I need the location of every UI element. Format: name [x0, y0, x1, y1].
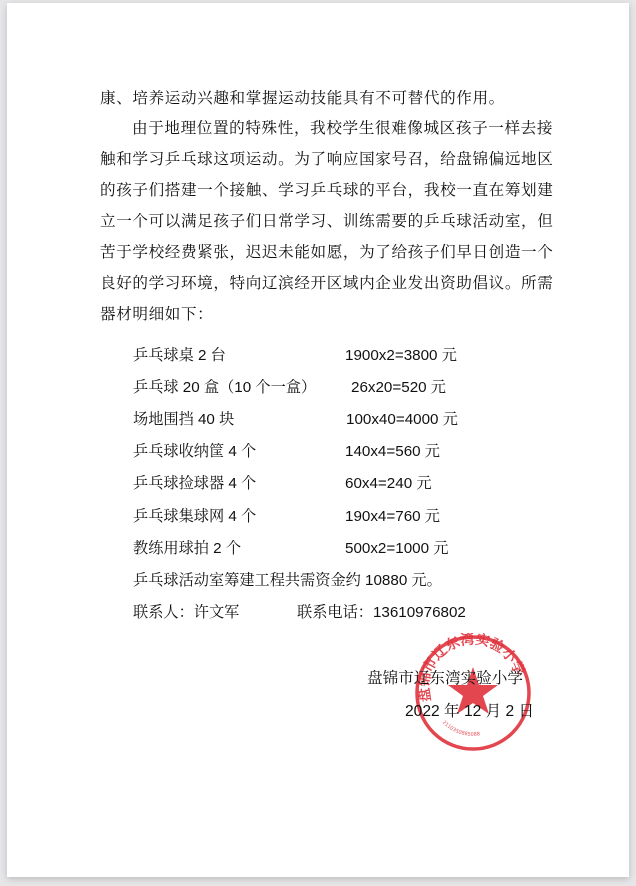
school-name: 盘锦市辽东湾实验小学 — [367, 666, 523, 688]
equipment-name: 乒乓球捡球器 4 个 — [133, 472, 256, 493]
equipment-name: 场地围挡 40 块 — [133, 408, 234, 429]
equipment-cost: 190x4=760 元 — [345, 505, 440, 526]
paragraph-line: 触和学习乒乓球这项运动。为了响应国家号召，给盘锦偏远地区 — [100, 147, 553, 169]
paragraph-line: 康、培养运动兴趣和掌握运动技能具有不可替代的作用。 — [100, 86, 505, 108]
equipment-name: 乒乓球 20 盒（10 个一盒） — [133, 376, 316, 397]
svg-text:2110350885088: 2110350885088 — [441, 720, 481, 738]
equipment-cost: 60x4=240 元 — [345, 472, 432, 493]
equipment-cost: 140x4=560 元 — [345, 440, 440, 461]
official-seal-stamp: 盘锦市辽东湾实验小学 2110350885088 — [413, 633, 533, 753]
total-cost: 乒乓球活动室筹建工程共需资金约 10880 元。 — [133, 569, 442, 590]
paragraph-line: 苦于学校经费紧张，迟迟未能如愿，为了给孩子们早日创造一个 — [100, 240, 553, 262]
equipment-name: 乒乓球集球网 4 个 — [133, 505, 256, 526]
paragraph-line: 立一个可以满足孩子们日常学习、训练需要的乒乓球活动室，但 — [100, 209, 553, 231]
equipment-name: 乒乓球收纳筐 4 个 — [133, 440, 256, 461]
equipment-cost: 100x40=4000 元 — [346, 408, 458, 429]
equipment-cost: 1900x2=3800 元 — [345, 344, 457, 365]
paragraph-line: 器材明细如下： — [100, 302, 213, 324]
equipment-cost: 26x20=520 元 — [351, 376, 446, 397]
contact-phone: 联系电话：13610976802 — [297, 601, 466, 622]
equipment-name: 教练用球拍 2 个 — [133, 537, 241, 558]
paragraph-line: 由于地理位置的特殊性，我校学生很难像城区孩子一样去接 — [132, 116, 553, 138]
signature-date: 2022 年 12 月 2 日 — [405, 699, 534, 721]
equipment-cost: 500x2=1000 元 — [345, 537, 448, 558]
paragraph-line: 良好的学习环境，特向辽滨经开区域内企业发出资助倡议。所需 — [100, 271, 553, 293]
paragraph-line: 的孩子们搭建一个接触、学习乒乓球的平台，我校一直在筹划建 — [100, 178, 553, 200]
contact-person: 联系人：许文军 — [133, 601, 239, 622]
equipment-name: 乒乓球桌 2 台 — [133, 344, 226, 365]
